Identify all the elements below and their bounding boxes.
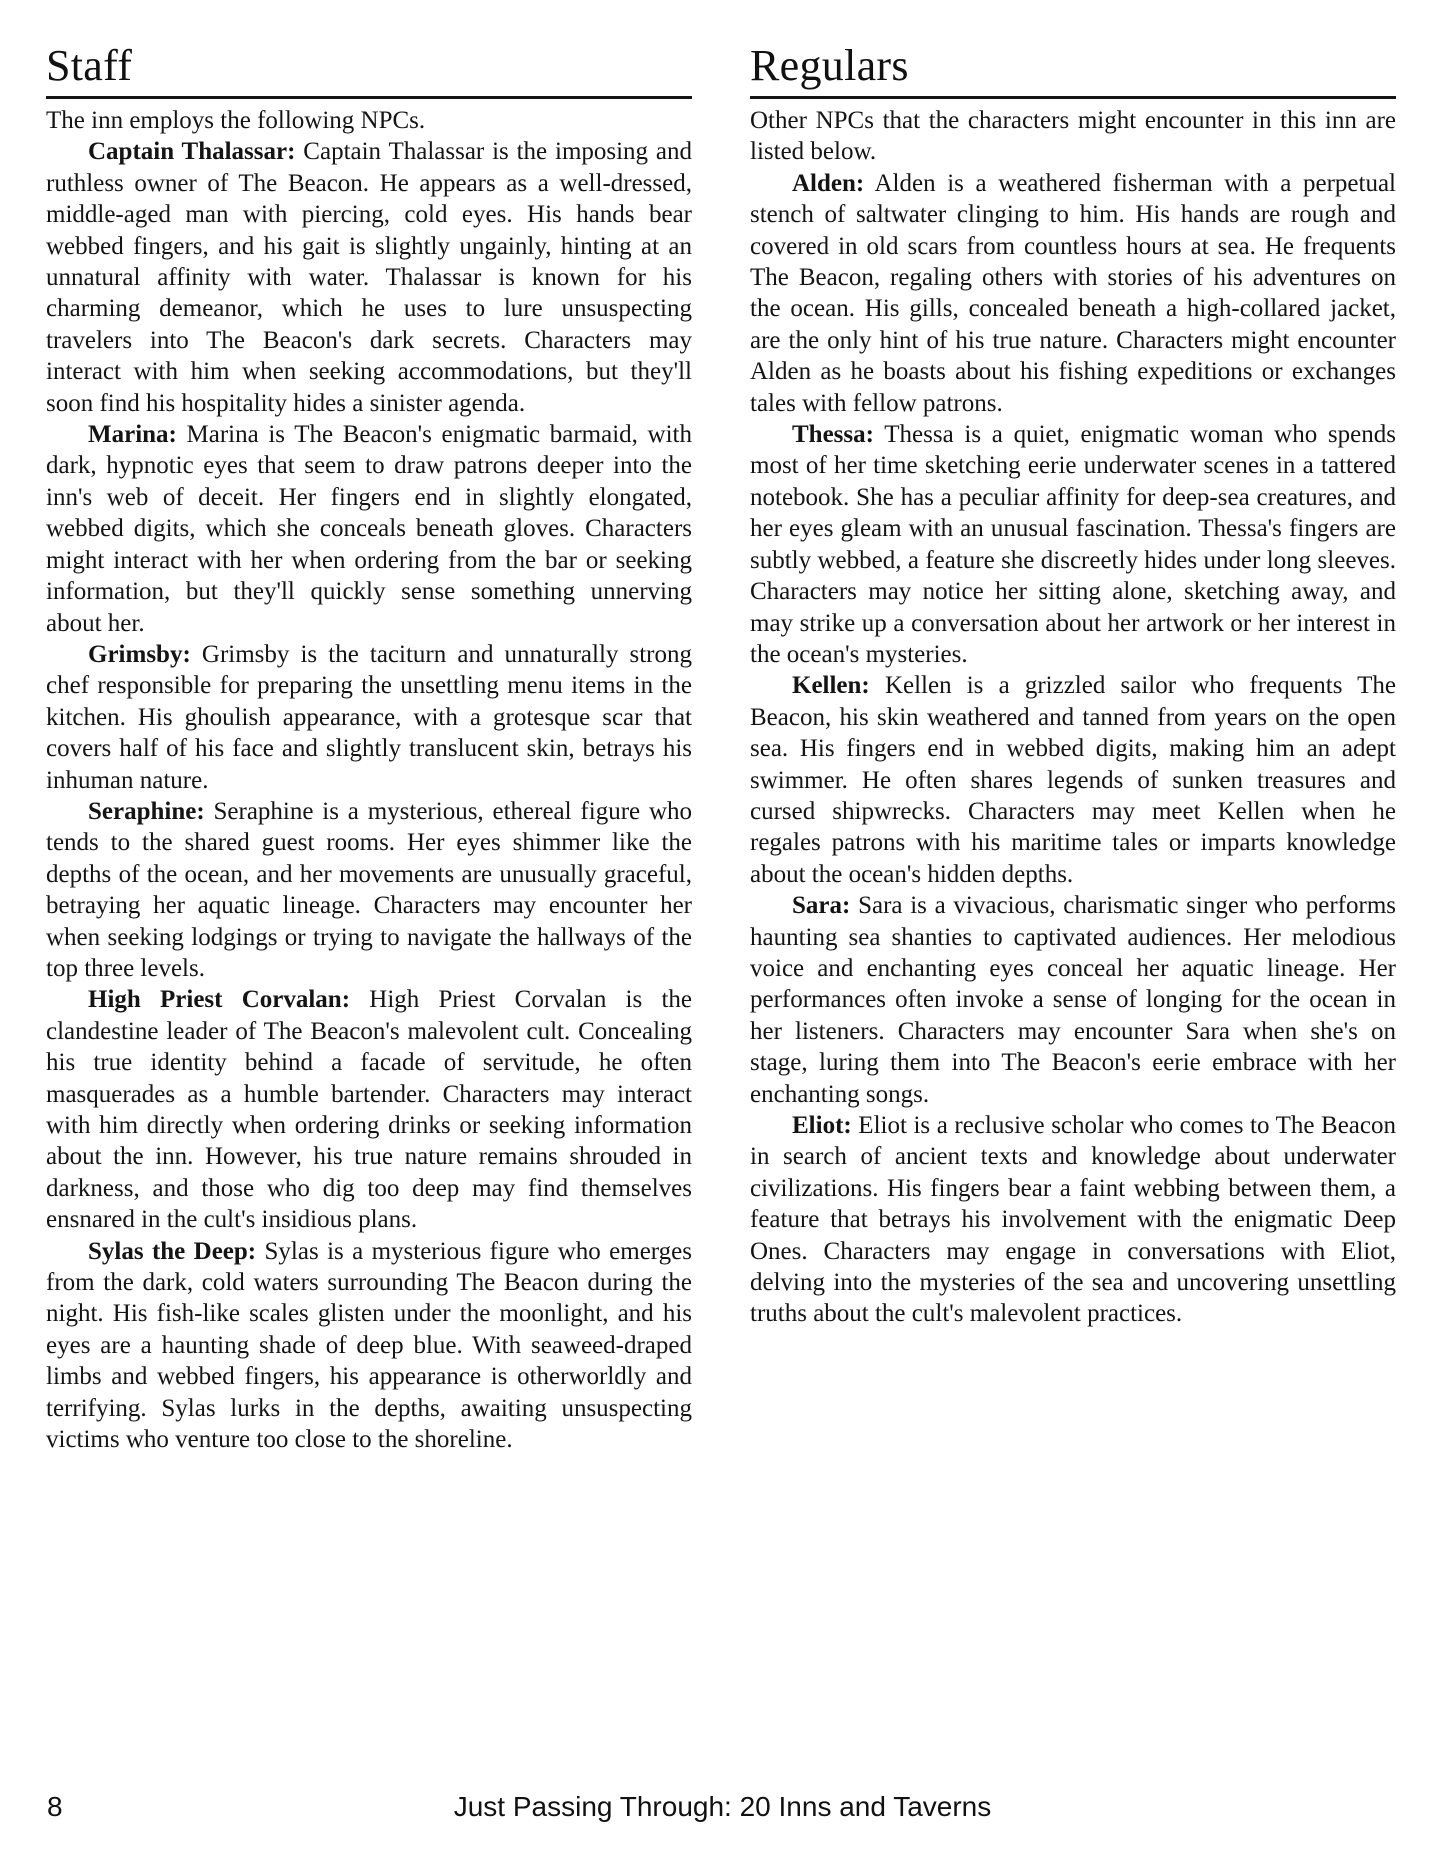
npc-description: Sylas is a mysterious figure who emerges… (46, 1238, 692, 1453)
npc-entry: Kellen: Kellen is a grizzled sailor who … (750, 670, 1396, 890)
staff-heading-rule (46, 96, 692, 99)
npc-name: Grimsby: (88, 641, 191, 668)
npc-name: Kellen: (792, 672, 870, 699)
npc-entry: Sylas the Deep: Sylas is a mysterious fi… (46, 1236, 692, 1456)
npc-description: High Priest Corvalan is the clandestine … (46, 986, 692, 1233)
npc-name: Thessa: (792, 421, 874, 448)
npc-entry: Eliot: Eliot is a reclusive scholar who … (750, 1110, 1396, 1330)
npc-entry: Sara: Sara is a vivacious, charismatic s… (750, 890, 1396, 1110)
npc-description: Marina is The Beacon's enigmatic barmaid… (46, 421, 692, 636)
npc-description: Alden is a weathered fisherman with a pe… (750, 170, 1396, 417)
document-page: Staff The inn employs the following NPCs… (0, 0, 1445, 1870)
footer-book-title: Just Passing Through: 20 Inns and Tavern… (0, 1791, 1445, 1823)
regulars-column: Regulars Other NPCs that the characters … (750, 44, 1396, 1455)
npc-description: Sara is a vivacious, charismatic singer … (750, 892, 1396, 1107)
npc-name: Sara: (792, 892, 850, 919)
npc-entry: High Priest Corvalan: High Priest Corval… (46, 984, 692, 1235)
npc-entry: Captain Thalassar: Captain Thalassar is … (46, 136, 692, 419)
regulars-intro: Other NPCs that the characters might enc… (750, 105, 1396, 168)
npc-description: Eliot is a reclusive scholar who comes t… (750, 1112, 1396, 1327)
npc-entry: Alden: Alden is a weathered fisherman wi… (750, 168, 1396, 419)
npc-name: High Priest Corvalan: (88, 986, 350, 1013)
regulars-heading: Regulars (750, 44, 1396, 88)
two-column-layout: Staff The inn employs the following NPCs… (46, 44, 1396, 1455)
npc-entry: Seraphine: Seraphine is a mysterious, et… (46, 796, 692, 984)
npc-name: Captain Thalassar: (88, 138, 295, 165)
regulars-heading-rule (750, 96, 1396, 99)
regulars-entries: Alden: Alden is a weathered fisherman wi… (750, 168, 1396, 1330)
npc-entry: Marina: Marina is The Beacon's enigmatic… (46, 419, 692, 639)
npc-name: Marina: (88, 421, 177, 448)
staff-column: Staff The inn employs the following NPCs… (46, 44, 692, 1455)
npc-entry: Grimsby: Grimsby is the taciturn and unn… (46, 639, 692, 796)
staff-entries: Captain Thalassar: Captain Thalassar is … (46, 136, 692, 1455)
npc-description: Thessa is a quiet, enigmatic woman who s… (750, 421, 1396, 668)
npc-entry: Thessa: Thessa is a quiet, enigmatic wom… (750, 419, 1396, 670)
staff-heading: Staff (46, 44, 692, 88)
npc-description: Seraphine is a mysterious, ethereal figu… (46, 798, 692, 982)
npc-description: Kellen is a grizzled sailor who frequent… (750, 672, 1396, 887)
npc-name: Seraphine: (88, 798, 205, 825)
npc-name: Alden: (792, 170, 864, 197)
npc-description: Captain Thalassar is the imposing and ru… (46, 138, 692, 416)
staff-intro: The inn employs the following NPCs. (46, 105, 692, 136)
npc-name: Sylas the Deep: (88, 1238, 256, 1265)
npc-name: Eliot: (792, 1112, 852, 1139)
page-footer: 8 Just Passing Through: 20 Inns and Tave… (0, 1791, 1445, 1825)
